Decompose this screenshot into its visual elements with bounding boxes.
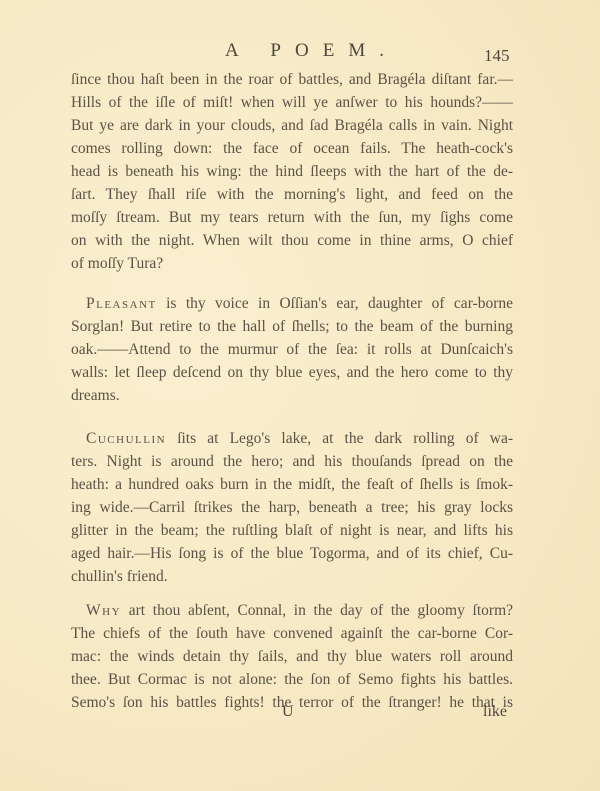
page-footer: U like — [0, 703, 600, 727]
text-line-first: Why art thou abſent, Connal, in the day … — [71, 599, 513, 622]
running-head: A POEM. 145 — [0, 40, 600, 70]
book-page: A POEM. 145 ſince thou haſt been in the … — [0, 0, 600, 791]
lead-word: Why — [86, 602, 121, 619]
text-line-first: Pleasant is thy voice in Oſſian's ear, d… — [71, 292, 513, 315]
text-line: chullin's friend. — [71, 565, 513, 588]
text-line: ing wide.—Carril ſtrikes the harp, benea… — [71, 496, 513, 519]
text-line: ters. Night is around the hero; and his … — [71, 450, 513, 473]
text-line: ſince thou haſt been in the roar of batt… — [71, 68, 513, 91]
line-text: art thou abſent, Connal, in the day of t… — [121, 602, 513, 619]
text-line: comes rolling down: the face of ocean fa… — [71, 137, 513, 160]
page-number: 145 — [484, 46, 510, 66]
lead-word: Pleasant — [86, 295, 157, 312]
paragraph-continuation: ſince thou haſt been in the roar of batt… — [71, 68, 513, 275]
text-line: on with the night. When wilt thou come i… — [71, 229, 513, 252]
text-line-first: Cuchullin ſits at Lego's lake, at the da… — [71, 427, 513, 450]
text-line: walls: let ſleep deſcend on thy blue eye… — [71, 361, 513, 384]
text-line: aged hair.—His ſong is of the blue Togor… — [71, 542, 513, 565]
lead-word: Cuchullin — [86, 430, 166, 447]
line-text: ſits at Lego's lake, at the dark rolling… — [166, 430, 513, 447]
paragraph-why: Why art thou abſent, Connal, in the day … — [71, 599, 513, 714]
text-line: moſſy ſtream. But my tears return with t… — [71, 206, 513, 229]
text-line: ſart. They ſhall riſe with the morning's… — [71, 183, 513, 206]
catchword: like — [483, 703, 507, 721]
text-line: dreams. — [71, 384, 513, 407]
text-line: The chiefs of the ſouth have convened ag… — [71, 622, 513, 645]
text-line: glitter in the beam; the ruſtling blaſt … — [71, 519, 513, 542]
text-line: But ye are dark in your clouds, and ſad … — [71, 114, 513, 137]
text-line: mac: the winds detain thy ſails, and thy… — [71, 645, 513, 668]
text-line: head is beneath his wing: the hind ſleep… — [71, 160, 513, 183]
running-title: A POEM. — [225, 40, 398, 62]
paragraph-cuchullin: Cuchullin ſits at Lego's lake, at the da… — [71, 427, 513, 588]
paragraph-pleasant: Pleasant is thy voice in Oſſian's ear, d… — [71, 292, 513, 407]
text-line: thee. But Cormac is not alone: the ſon o… — [71, 668, 513, 691]
text-line: heath: a hundred oaks burn in the midſt,… — [71, 473, 513, 496]
text-line: Hills of the iſle of miſt! when will ye … — [71, 91, 513, 114]
line-text: is thy voice in Oſſian's ear, daughter o… — [157, 295, 513, 312]
text-line: of moſſy Tura? — [71, 252, 513, 275]
signature-mark: U — [282, 703, 294, 721]
text-line: oak.——Attend to the murmur of the ſea: i… — [71, 338, 513, 361]
text-line: Sorglan! But retire to the hall of ſhell… — [71, 315, 513, 338]
